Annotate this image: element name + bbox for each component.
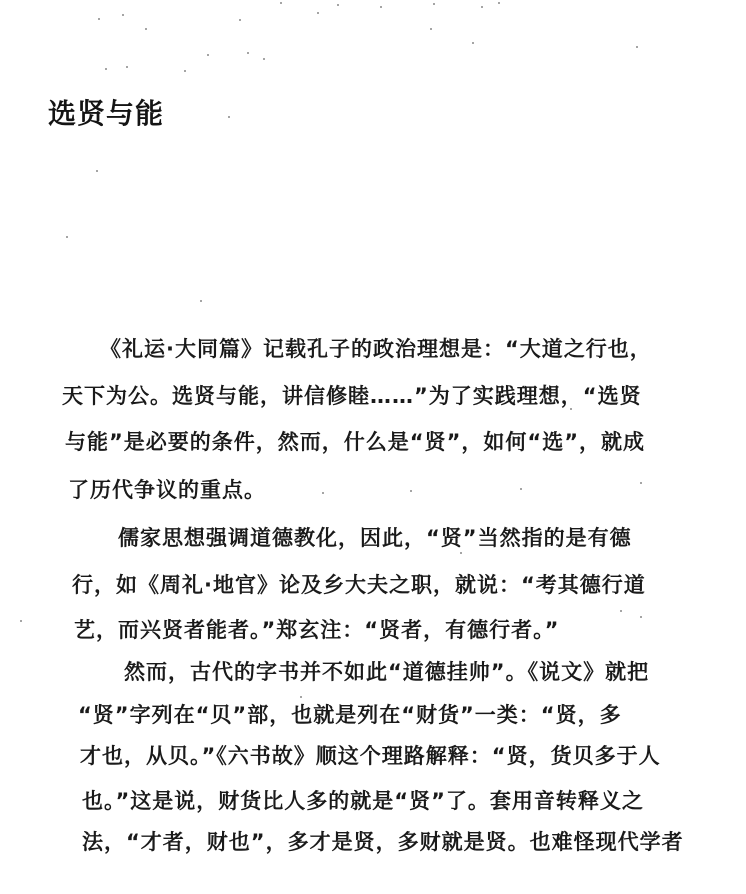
text-line: 行，如《周礼·地官》论及乡大夫之职，就说：“考其德行道 bbox=[72, 569, 646, 599]
text-line: 然而，古代的字书并不如此“道德挂帅”。《说文》就把 bbox=[124, 656, 649, 686]
text-line: 与能”是必要的条件，然而，什么是“贤”，如何“选”，就成 bbox=[65, 426, 645, 456]
text-line: 了历代争议的重点。 bbox=[68, 474, 266, 504]
text-line: 儒家思想强调道德教化，因此，“贤”当然指的是有德 bbox=[118, 522, 632, 552]
text-line: 艺，而兴贤者能者。”郑玄注：“贤者，有德行者。” bbox=[74, 614, 559, 644]
text-line: 天下为公。选贤与能，讲信修睦……”为了实践理想，“选贤 bbox=[62, 380, 642, 410]
text-line: 也。”这是说，财货比人多的就是“贤”了。套用音转释义之 bbox=[82, 785, 644, 815]
text-line: 才也，从贝。”《六书故》顺这个理路解释：“贤，货贝多于人 bbox=[80, 740, 661, 770]
text-line: 《礼运·大同篇》记载孔子的政治理想是：“大道之行也， bbox=[100, 333, 652, 363]
text-line: “贤”字列在“贝”部，也就是列在“财货”一类：“贤，多 bbox=[78, 699, 622, 729]
page-title: 选贤与能 bbox=[48, 92, 164, 132]
text-line: 法，“才者，财也”，多才是贤，多财就是贤。也难怪现代学者 bbox=[82, 826, 684, 856]
